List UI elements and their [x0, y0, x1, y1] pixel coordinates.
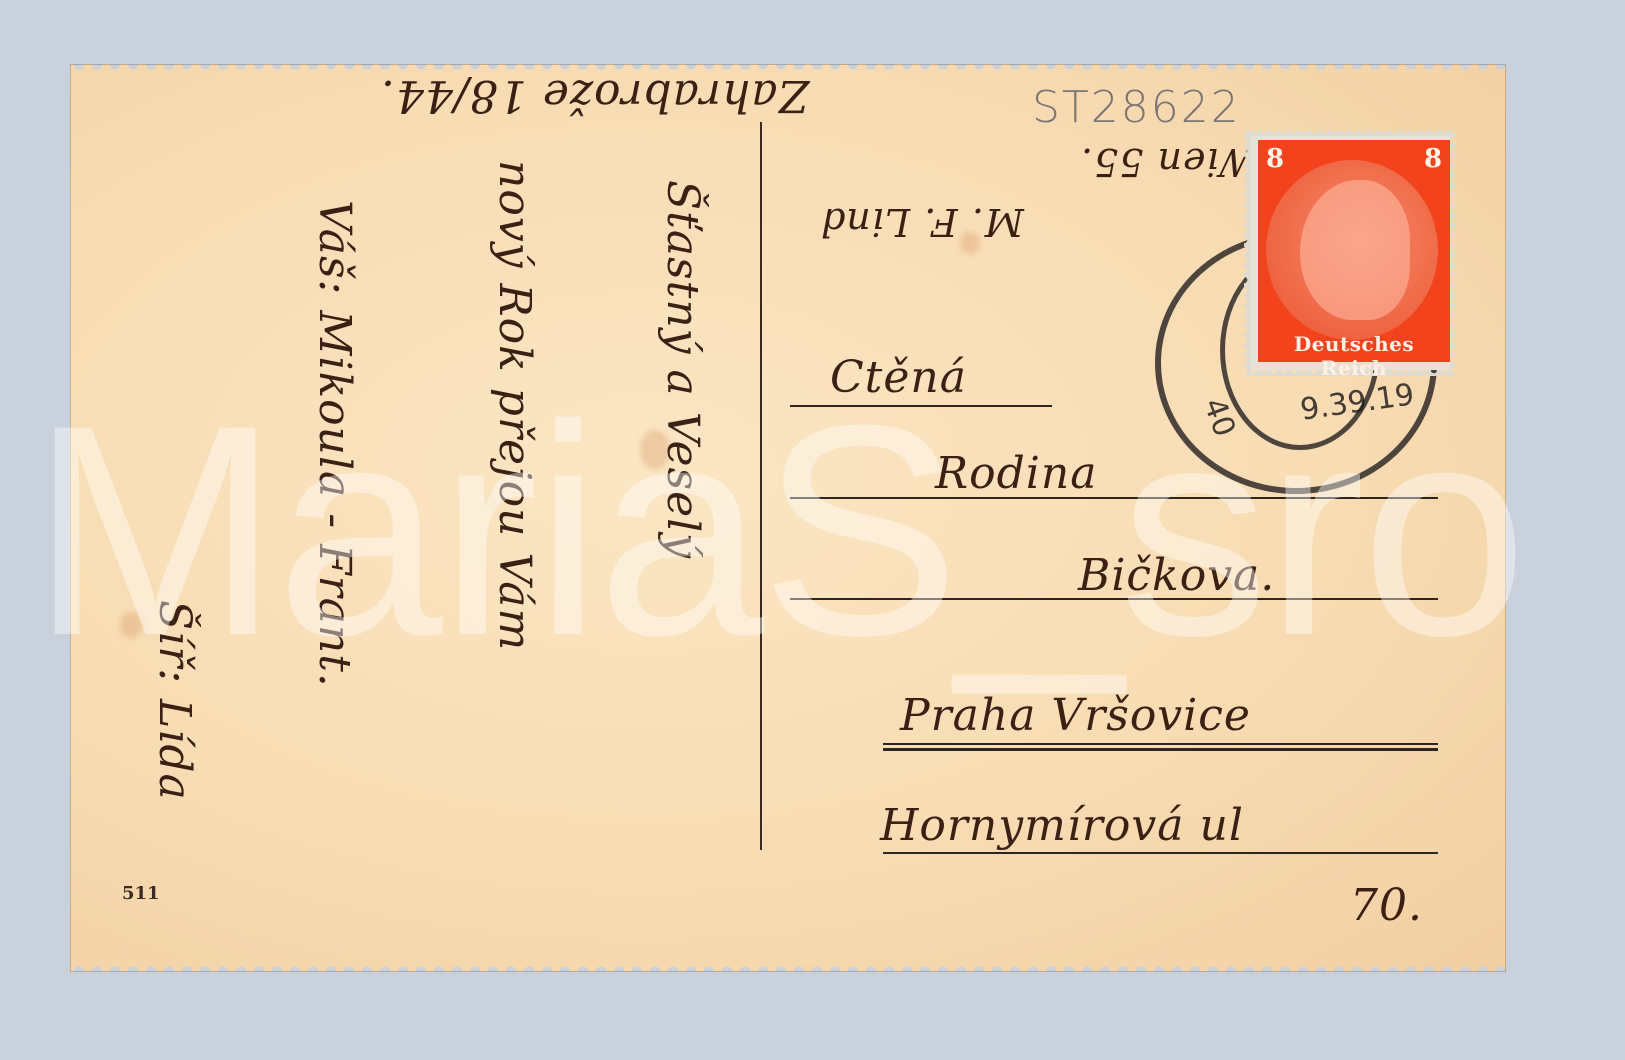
address-line-5: Hornymírová ul — [880, 800, 1244, 851]
stamp-value-right: 8 — [1424, 144, 1442, 174]
inventory-code: ST28622 — [1032, 82, 1241, 133]
address-line-1: Ctěná — [830, 352, 967, 403]
address-line-4: Praha Vršovice — [900, 690, 1251, 741]
portrait-head-icon — [1300, 180, 1410, 320]
address-rule-4 — [883, 743, 1438, 745]
header-note-inverted: Zahrabrože 18/44. — [380, 70, 809, 121]
house-number: 70. — [1350, 880, 1423, 931]
stamp-country: Deutsches Reich — [1262, 332, 1446, 380]
address-rule-2 — [790, 497, 1438, 499]
address-line-2: Rodina — [935, 448, 1097, 499]
address-rule-1 — [790, 405, 1052, 407]
center-divider — [760, 122, 762, 850]
message-line-4: Šíř: Lída — [149, 600, 200, 801]
address-rule-3 — [790, 598, 1438, 600]
sender-inverted: Wien 55. — [1080, 140, 1258, 184]
address-initials: M. F. Lind — [820, 200, 1024, 244]
message-line-3: Váš: Mikoula - Frant. — [309, 200, 360, 688]
message-line-2: nový Rok přejou Vám — [489, 160, 540, 651]
message-line-1: Šťastný a Veselý — [657, 180, 708, 559]
stain — [120, 612, 142, 638]
address-rule-5 — [883, 852, 1438, 854]
print-number: 511 — [122, 883, 160, 904]
stamp-value-left: 8 — [1266, 144, 1284, 174]
address-line-3: Bičkova. — [1078, 550, 1275, 601]
